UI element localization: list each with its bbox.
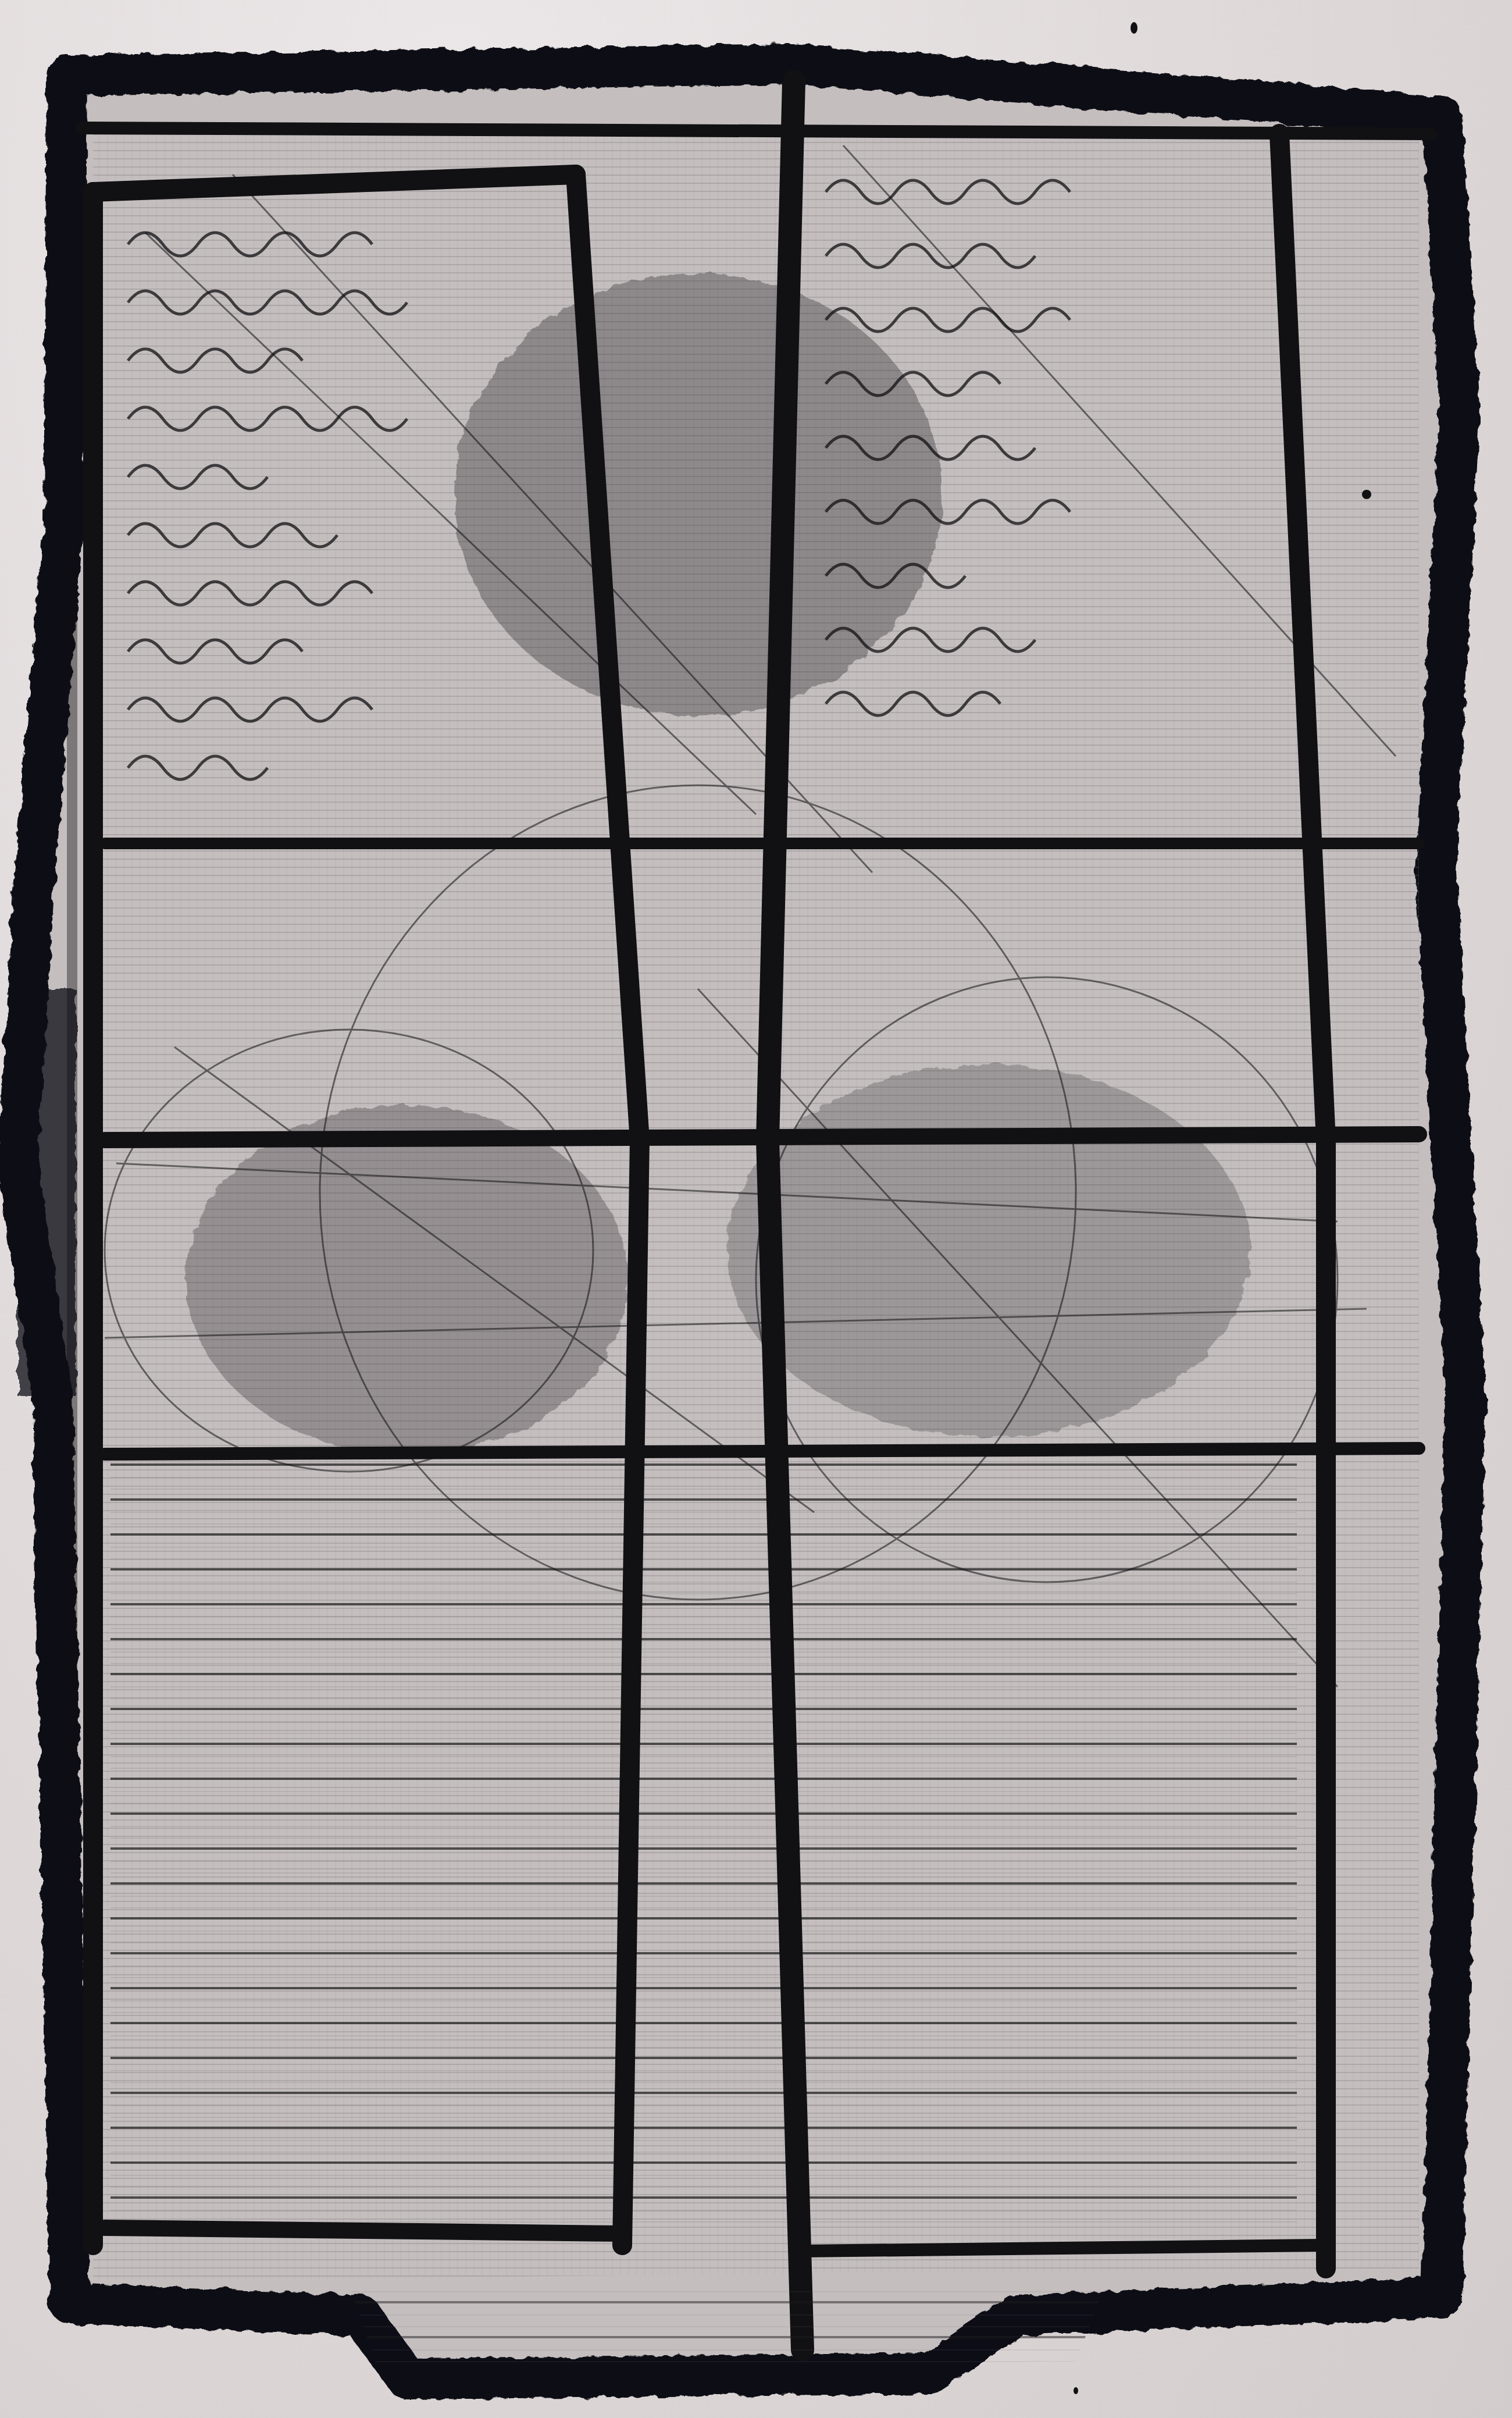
bottom-tab (349, 2286, 1105, 2367)
etching-illustration (0, 0, 1512, 2418)
artwork-canvas (0, 0, 1512, 2418)
scribble-mass-right (727, 1064, 1250, 1437)
ledger-rows (110, 1460, 1297, 2228)
scribble-mass-left (186, 1105, 628, 1454)
